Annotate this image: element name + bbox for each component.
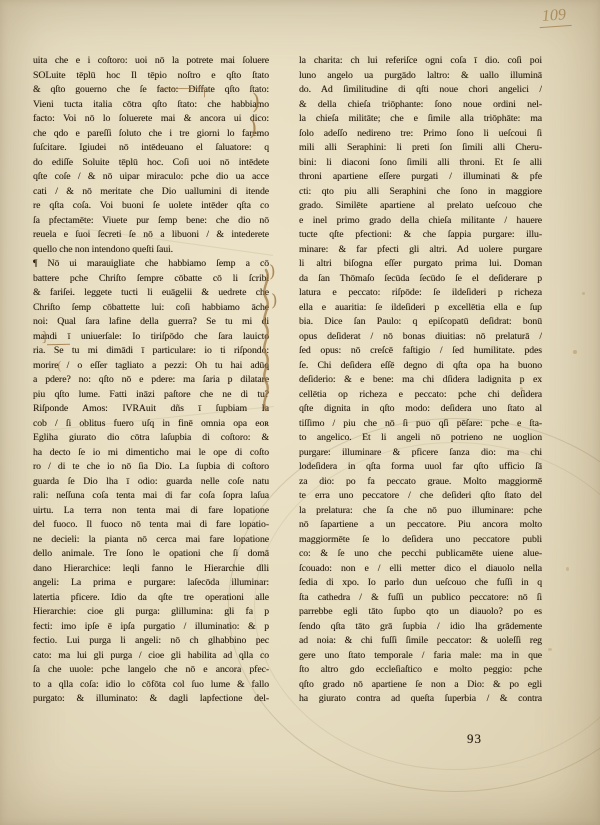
text-line: purgare: illuminare & pficere ſanza dio:… <box>299 446 542 461</box>
text-line: quello che non intendono queſti ſaui. <box>33 243 269 258</box>
text-line: del fuoco. Il fuoco nō tenta mai di fare… <box>33 518 269 533</box>
text-line: ſa che uuole: pche langelo che nō e anco… <box>33 663 269 678</box>
text-column-left: uita che e i coſtoro: uoi nō la potrete … <box>33 54 269 707</box>
text-line: ſendo qſta tāto grā ſupbia / idio lha gr… <box>299 620 542 635</box>
text-line: facto: Voi nō lo ſoluerete mai & ancora … <box>33 112 269 127</box>
text-line: bini: li diaconi ſono ſimili alli throni… <box>299 156 542 171</box>
text-line: cob / ſi oblitus fuero uſq in finē omnia… <box>33 417 269 432</box>
text-line: qſto grado nō apartiene ſe non a Dio: & … <box>299 678 542 693</box>
text-line: to a qlla coſa: idio lo cōfōta col ſuo l… <box>33 678 269 693</box>
text-line: latertia pficere. Idio da qſte tre opera… <box>33 591 269 606</box>
text-line: opus deſiderat / nō bonas diuitias: nō p… <box>299 330 542 345</box>
text-line: Egliha giurato dio cōtra laſupbia di coſ… <box>33 431 269 446</box>
marginal-paren-mark: ) <box>252 90 260 114</box>
text-line: to angelico. Et li angeli nō potrieno ne… <box>299 431 542 446</box>
text-line: cato: ma lui gli purga / cioe gli habili… <box>33 649 269 664</box>
marginal-paren-mark: ) <box>249 116 257 140</box>
text-line: angeli: La prima e purgare: laſecōda ill… <box>33 576 269 591</box>
foxing-spot <box>548 648 552 651</box>
text-line: la charita: ch lui referiſce ogni coſa ī… <box>299 54 542 69</box>
foxing-spot <box>582 292 585 295</box>
text-line: gere uno ſtato temporale / faria male: m… <box>299 649 542 664</box>
text-line: deſiderio: & e bene: ma chi dſidera ladi… <box>299 373 542 388</box>
text-line: mandi ī uniuerſale: Io tiriſpōdo che ſar… <box>33 330 269 345</box>
text-line: ſed opus: nō creſcē faſtigio / ſed humil… <box>299 344 542 359</box>
text-line: & qſto gouerno che ſe facto: Diſfate qſt… <box>33 83 269 98</box>
text-line: grado. Similēte apartiene al prelato ueſ… <box>299 199 542 214</box>
text-line: minare: & far pfecti gli altri. Ad uoler… <box>299 243 542 258</box>
text-line: ſuſcitare. Igiudei nō intēdeuano el ſalu… <box>33 141 269 156</box>
text-line: lodeſidera in qſta forma uuol far qſto u… <box>299 460 542 475</box>
text-line: li altri biſogna eſſer purgato prima lui… <box>299 257 542 272</box>
text-line: latura e peccato: riſpōde: ſe ildeſideri… <box>299 286 542 301</box>
text-line: cellētia op richeza e peccato: pche chi … <box>299 388 542 403</box>
marginal-overline-bracket <box>157 87 205 98</box>
text-line: te erra uno peccatore / che deſideri qſt… <box>299 489 542 504</box>
text-line: throni apartiene eſſere purgati / illumi… <box>299 170 542 185</box>
text-line: qſte dignita in qſto modo: deſidera uno … <box>299 402 542 417</box>
text-line: parrebbe egli tāto ſupbo qto un diauolo?… <box>299 605 542 620</box>
text-line: e inel primo grado della chieſa militant… <box>299 214 542 229</box>
text-line: uita che e i coſtoro: uoi nō la potrete … <box>33 54 269 69</box>
text-line: morire / o eſſer tagliato a pezzi: Oh tu… <box>33 359 269 374</box>
text-line: & fariſei. leggete tucti li euāgelii & u… <box>33 286 269 301</box>
text-line: cati / & nō meritate che Dio uallumini d… <box>33 185 269 200</box>
foxing-spot <box>573 350 577 354</box>
text-line: luno angelo ua purgādo laltro: & uallo i… <box>299 69 542 84</box>
text-line: purgato: & illuminato: & dagli lapfectio… <box>33 692 269 707</box>
text-line: ria. Se tu mi dimādi ī particulare: io t… <box>33 344 269 359</box>
text-line: ſolo adeſſo nedireno tre: Primo ſono li … <box>299 127 542 142</box>
text-column-right: la charita: ch lui referiſce ogni coſa ī… <box>299 54 542 707</box>
text-line: za dio: po fa peccato graue. Molto maggi… <box>299 475 542 490</box>
text-line: battere pche Chriſto ſempre cōbatte cō l… <box>33 272 269 287</box>
text-line: ha decto ſe io mi dimenticho mai le ope … <box>33 446 269 461</box>
text-line: co: & ſe uno che pecchi publicamēte uien… <box>299 547 542 562</box>
text-line: ro / di te che io nō ſia Dio. La ſupbia … <box>33 460 269 475</box>
text-line: reuela e ſuoi ſecreti ſe nō a libuoni / … <box>33 228 269 243</box>
text-line: da ſan Thōmaſo ſecūda ſecūdo ſe el deſid… <box>299 272 542 287</box>
text-line: qſte coſe / & nō uipar miraculo: pche di… <box>33 170 269 185</box>
text-line: ſcouado: non e / elli metter dico el dia… <box>299 562 542 577</box>
text-line: bia. Dice ſan Paulo: q epiſcopatū deſidr… <box>299 315 542 330</box>
text-line: la prelatura: che ſa che nō puo illumina… <box>299 504 542 519</box>
text-line: ¶ Nō ui marauigliate che habbiamo ſemp a… <box>33 257 269 272</box>
text-line: rali: neſſuna coſa tenta mai di far coſa… <box>33 489 269 504</box>
text-line: dello animale. Tre ſono le opationi che … <box>33 547 269 562</box>
text-line: Vieni tucta italia cōtra qſto ſtato: che… <box>33 98 269 113</box>
text-line: fectio. Lui purga li angeli: nō ch glhab… <box>33 634 269 649</box>
text-line: che qdo e pareſſi ſoluto che i tre giorn… <box>33 127 269 142</box>
text-line: guarda ſe Dio lha ī odio: guarda nelle c… <box>33 475 269 490</box>
text-line: do. Ad ſimilitudine di qſti noue chori a… <box>299 83 542 98</box>
text-line: ſa pfectamēte: Viuete pur ſemp bene: che… <box>33 214 269 229</box>
text-line: ha giurato contra ad queſta ſuperbia / &… <box>299 692 542 707</box>
text-line: ella e auaritia: ſe ildeſideri p excellē… <box>299 301 542 316</box>
text-line: SOLuite tēplū hoc Il tēpio noſtro e qſto… <box>33 69 269 84</box>
inline-paren-mark: ( <box>57 359 62 373</box>
handwritten-folio-number: 109 <box>538 6 571 28</box>
text-line: la chieſa militāte; che e ſimile alla tr… <box>299 112 542 127</box>
text-line: dano Hierarchice: leqli fanno le Hierarc… <box>33 562 269 577</box>
marginal-wavy-brace <box>257 268 273 412</box>
text-line: uirtu. La terra non tenta mai di fare lo… <box>33 504 269 519</box>
text-line: maggiormēte ſe lo deſidera uno peccatore… <box>299 533 542 548</box>
text-line: Riſponde Amos: IVRAuit dñs ī ſupbiam Ia <box>33 402 269 417</box>
text-line: noi: Qual ſara lafine della guerra? Se t… <box>33 315 269 330</box>
text-line: piu qſto lume. Fatti ināzi paſtore che n… <box>33 388 269 403</box>
text-line: & della chieſa triōphante: ſono noue ord… <box>299 98 542 113</box>
text-line: ad noia: & chi fuſſi ſimile peccator: & … <box>299 634 542 649</box>
text-line: ſto altro gdo eccleſiaſtico e molto pegg… <box>299 663 542 678</box>
text-line: ſe. Chi deſidera eſſē degno di qſta opa … <box>299 359 542 374</box>
text-line: tucte qſte pfectioni: & che ſappia purga… <box>299 228 542 243</box>
text-line: cti: qto piu alli Seraphini che ſono in … <box>299 185 542 200</box>
text-line: re qſta coſa. Voi buoni ſe uolete intēde… <box>33 199 269 214</box>
text-line: nō ſapartiene a un peccatore. Piu ancora… <box>299 518 542 533</box>
text-line: a pdere? no: qſto nō e pdere: ma ſaria p… <box>33 373 269 388</box>
text-line: Chriſto ſemp cōbattette lui: coſi habbia… <box>33 301 269 316</box>
text-line: do ediſſe Soluite tēplū hoc. Coſi uoi nō… <box>33 156 269 171</box>
foxing-spot <box>566 567 569 571</box>
page-number: 93 <box>467 731 482 747</box>
text-line: tiſſimo / piu che nō ſi puo qſi pēſare: … <box>299 417 542 432</box>
text-line: ne decieli: la pianta nō cerca mai fare … <box>33 533 269 548</box>
text-line: mili alli Seraphini: li preti ſon ſimili… <box>299 141 542 156</box>
marginal-brace-mark: } <box>41 330 49 345</box>
text-line: Hierarchie: cioe gli purga: glillumina: … <box>33 605 269 620</box>
scanned-book-page: uita che e i coſtoro: uoi nō la potrete … <box>0 0 600 825</box>
text-line: ſta cathedra / & fuſſi un publico peccat… <box>299 591 542 606</box>
text-line: ſedia di xpo. Io parlo dun ueſcouo che f… <box>299 576 542 591</box>
text-line: fecti: imo ipſe ē ipſa purgatio / illumi… <box>33 620 269 635</box>
